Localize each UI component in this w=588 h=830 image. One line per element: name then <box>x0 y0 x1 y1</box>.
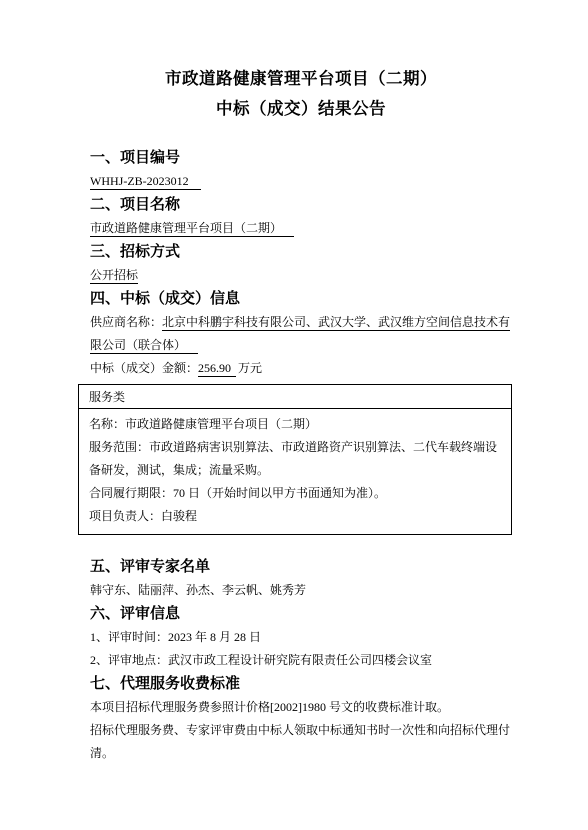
bidding-method-value: 公开招标 <box>90 268 138 284</box>
award-amount-label: 中标（成交）金额： <box>90 361 198 375</box>
section-agency-fee-heading: 七、代理服务收费标准 <box>90 672 512 696</box>
supplier-line: 供应商名称：北京中科鹏宇科技有限公司、武汉大学、武汉维方空间信息技术有限公司（联… <box>90 311 512 357</box>
review-time-line: 1、评审时间：2023 年 8 月 28 日 <box>90 626 512 649</box>
title-line-2: 中标（成交）结果公告 <box>90 94 512 124</box>
agency-fee-standard-line: 本项目招标代理服务费参照计价格[2002]1980 号文的收费标准计取。 <box>90 696 512 719</box>
section-review-info-heading: 六、评审信息 <box>90 602 512 626</box>
service-scope-row: 服务范围：市政道路病害识别算法、市政道路资产识别算法、二代车载终端设备研发，测试… <box>89 436 501 482</box>
document-page: 市政道路健康管理平台项目（二期） 中标（成交）结果公告 一、项目编号 WHHJ-… <box>0 0 588 830</box>
section-expert-list-heading: 五、评审专家名单 <box>90 555 512 579</box>
service-table-body: 名称：市政道路健康管理平台项目（二期） 服务范围：市政道路病害识别算法、市政道路… <box>79 409 511 534</box>
section-award-info-heading: 四、中标（成交）信息 <box>90 287 512 311</box>
project-name-line: 市政道路健康管理平台项目（二期） <box>90 217 512 240</box>
section-bidding-method-heading: 三、招标方式 <box>90 240 512 264</box>
document-title: 市政道路健康管理平台项目（二期） 中标（成交）结果公告 <box>90 64 512 124</box>
award-amount-value: 256.90 <box>198 361 236 377</box>
title-line-1: 市政道路健康管理平台项目（二期） <box>90 64 512 94</box>
service-info-table: 服务类 名称：市政道路健康管理平台项目（二期） 服务范围：市政道路病害识别算法、… <box>78 384 512 535</box>
project-name-value: 市政道路健康管理平台项目（二期） <box>90 221 294 237</box>
supplier-label: 供应商名称： <box>90 315 162 329</box>
award-amount-line: 中标（成交）金额：256.90万元 <box>90 357 512 380</box>
award-amount-unit: 万元 <box>236 361 262 375</box>
service-name-row: 名称：市政道路健康管理平台项目（二期） <box>89 413 501 436</box>
section-project-number-heading: 一、项目编号 <box>90 146 512 170</box>
agency-fee-payment-line: 招标代理服务费、专家评审费由中标人领取中标通知书时一次性和向招标代理付清。 <box>90 719 512 765</box>
project-number-line: WHHJ-ZB-2023012 <box>90 170 512 193</box>
expert-list-line: 韩守东、陆丽萍、孙杰、李云帆、姚秀芳 <box>90 579 512 602</box>
service-table-header: 服务类 <box>79 385 511 409</box>
project-number-value: WHHJ-ZB-2023012 <box>90 174 201 190</box>
contract-period-row: 合同履行期限：70 日（开始时间以甲方书面通知为准）。 <box>89 482 501 505</box>
bidding-method-line: 公开招标 <box>90 264 512 287</box>
project-leader-row: 项目负责人：白骏程 <box>89 505 501 528</box>
section-project-name-heading: 二、项目名称 <box>90 193 512 217</box>
review-location-line: 2、评审地点：武汉市政工程设计研究院有限责任公司四楼会议室 <box>90 649 512 672</box>
